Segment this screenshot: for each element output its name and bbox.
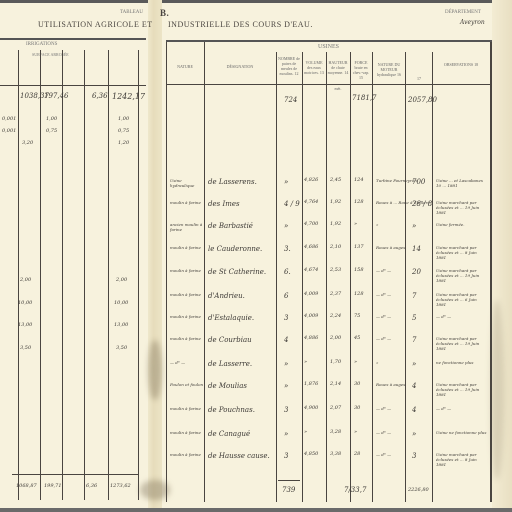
- usine-c12: 3: [284, 406, 288, 414]
- usine-nature: moulin à farine: [170, 406, 201, 411]
- usine-nature: moulin à farine: [170, 452, 201, 457]
- usine-c12: 6.: [284, 268, 291, 276]
- usine-c17: »: [412, 430, 416, 438]
- col-divider: [138, 50, 139, 500]
- usine-c14: 3,28: [330, 430, 341, 435]
- usine-c13: »: [304, 430, 307, 435]
- usine-c13: 4,850: [304, 452, 318, 457]
- usine-c17: 20: [412, 268, 421, 276]
- usine-c12: »: [284, 222, 288, 230]
- usine-obs: Usine fermée.: [436, 222, 464, 227]
- stain: [148, 340, 162, 400]
- usine-c13: 1,876: [304, 382, 318, 387]
- rule: [166, 40, 492, 42]
- usine-c14: 2,24: [330, 314, 341, 319]
- usine-c15: »: [354, 222, 357, 227]
- usine-c12: 4: [284, 336, 288, 344]
- header-right-title: INDUSTRIELLE DES COURS D'EAU.: [168, 20, 313, 29]
- usine-c16: — d° —: [376, 314, 391, 319]
- total-bottom: 1068,87: [16, 484, 37, 489]
- usine-c16: Roues à auges: [376, 382, 405, 387]
- usine-c16: — d° —: [376, 406, 391, 411]
- usine-c13: »: [304, 360, 307, 365]
- usine-designation: de St Catherine.: [208, 268, 266, 276]
- total-top: 7181,7: [352, 94, 377, 102]
- col-header-15: FORCE brute en chev.-vap. 15: [351, 60, 371, 80]
- col-divider: [490, 42, 492, 502]
- usine-c14: 2,10: [330, 245, 341, 250]
- total-bottom: 6,36: [86, 484, 97, 489]
- col-header-nature: NATURE: [168, 64, 202, 69]
- col-divider: [108, 50, 109, 500]
- header-left-small: TABLEAU: [120, 10, 143, 15]
- cell: 0,75: [118, 129, 129, 134]
- usine-c15: 28: [354, 452, 360, 457]
- usine-c16: Turbine Fourneyron: [376, 178, 417, 183]
- total-top: 6,36: [92, 92, 108, 100]
- col-divider: [372, 52, 373, 502]
- usine-designation: de Lasserens.: [208, 178, 257, 186]
- usine-c12: »: [284, 360, 288, 368]
- usine-c14: 3,38: [330, 452, 341, 457]
- cell: 3,50: [116, 346, 127, 351]
- usine-c17: »: [412, 222, 416, 230]
- usine-c12: 3: [284, 452, 288, 460]
- usine-c13: 4,886: [304, 336, 318, 341]
- usine-c12: 3.: [284, 245, 291, 253]
- scan-border-bottom: [0, 508, 512, 512]
- usine-c13: 4,009: [304, 314, 318, 319]
- usine-c13: 4,674: [304, 268, 318, 273]
- usine-c12: 3: [284, 314, 288, 322]
- cell: 2,00: [116, 278, 127, 283]
- usine-c16: — d° —: [376, 452, 391, 457]
- cell: 13,00: [114, 323, 128, 328]
- col-header-12: NOMBRE de paires de meules de moulins. 1…: [277, 56, 301, 76]
- usine-c17: »: [412, 360, 416, 368]
- rule: [0, 85, 146, 86]
- usine-obs: Usine marchant par éclusées et ... 8 Jui…: [436, 245, 488, 260]
- usine-c15: 128: [354, 200, 364, 205]
- book-gutter: [148, 0, 162, 512]
- usine-c17: 28 / 8: [412, 200, 432, 208]
- usine-obs: Usine marchant par éclusées et ... 19 Ju…: [436, 382, 488, 397]
- subheader-surface: SURFACE ARROSÉE: [32, 52, 69, 57]
- usine-obs: Usine marchant par éclusées et ... 19 Ju…: [436, 268, 488, 283]
- usine-c16: — d° —: [376, 268, 391, 273]
- col-divider: [276, 52, 277, 502]
- usine-c12: 6: [284, 292, 288, 300]
- usine-nature: moulin à farine: [170, 430, 201, 435]
- usine-obs: Usine ne fonctionne plus: [436, 430, 486, 435]
- usine-c15: 128: [354, 292, 364, 297]
- header-right-small: DÉPARTEMENT: [445, 10, 481, 15]
- col-header-13: VOLUME des eaux motrices. 13: [303, 60, 325, 75]
- col-divider: [204, 42, 205, 502]
- usine-c17: 4: [412, 382, 416, 390]
- unit: mèt.: [328, 86, 348, 91]
- usine-c14: 2,14: [330, 382, 341, 387]
- usine-c15: »: [354, 360, 357, 365]
- usine-designation: de Courbiau: [208, 336, 252, 344]
- usine-designation: le Cauderonne.: [208, 245, 262, 253]
- usine-obs: — d° —: [436, 314, 451, 319]
- total-bottom: 739: [282, 486, 295, 494]
- total-bottom: 199,71: [44, 484, 62, 489]
- cell: 0,75: [46, 129, 57, 134]
- usine-obs: Usine marchant par éclusées et ... 8 Jui…: [436, 452, 488, 467]
- usine-nature: Usine hydraulique: [170, 178, 204, 188]
- col-divider: [62, 50, 63, 500]
- header-left-title: UTILISATION AGRICOLE ET: [38, 20, 153, 29]
- total-rule: [12, 474, 138, 475]
- usine-designation: de Moulias: [208, 382, 247, 390]
- usine-c17: 14: [412, 245, 421, 253]
- usine-c14: 1,92: [330, 200, 341, 205]
- usine-c15: 30: [354, 406, 360, 411]
- stain: [490, 300, 504, 480]
- header-center-letter: B.: [160, 8, 169, 18]
- usine-c17: 7: [412, 336, 416, 344]
- usine-c15: 137: [354, 245, 364, 250]
- usine-designation: de Pouchnas.: [208, 406, 255, 414]
- col-divider: [18, 50, 19, 500]
- col-header-17: 17: [406, 76, 432, 81]
- usine-c17: 5: [412, 314, 416, 322]
- col-divider: [166, 42, 167, 502]
- usine-c17: 3: [412, 452, 416, 460]
- cell: 2,00: [20, 278, 31, 283]
- usine-designation: de Hausse cause.: [208, 452, 270, 460]
- usine-c16: — d° —: [376, 336, 391, 341]
- col-divider: [302, 52, 303, 502]
- usine-c16: — d° —: [376, 292, 391, 297]
- usine-c13: 4,686: [304, 245, 318, 250]
- col-header-14: HAUTEUR de chute moyenne. 14: [327, 60, 349, 75]
- usine-nature: moulin à farine: [170, 200, 201, 205]
- total-top: 2057,80: [408, 96, 437, 104]
- usine-c12: »: [284, 382, 288, 390]
- cell: 0,001: [2, 117, 16, 122]
- usine-nature: moulin à farine: [170, 268, 201, 273]
- usine-nature: moulin à farine: [170, 245, 201, 250]
- usine-c15: 158: [354, 268, 364, 273]
- usine-nature: moulin à farine: [170, 292, 201, 297]
- col-header-18: OBSERVATIONS 18: [434, 62, 488, 67]
- usine-c17: 7: [412, 292, 416, 300]
- cell: 1,00: [118, 117, 129, 122]
- cell: 3,20: [22, 141, 33, 146]
- col-divider: [350, 52, 351, 502]
- cell: 10,00: [18, 301, 32, 306]
- total-bottom: 1273,62: [110, 484, 131, 489]
- usine-obs: Usine marchant par éclusées et ... 19 Ju…: [436, 336, 488, 351]
- usine-c12: »: [284, 430, 288, 438]
- section-title-irrigations: IRRIGATIONS: [26, 42, 57, 47]
- rule: [0, 38, 146, 40]
- usine-designation: des Imes: [208, 200, 240, 208]
- usine-nature: — d° —: [170, 360, 185, 365]
- cell: 13,00: [18, 323, 32, 328]
- usine-obs: ne fonctionne plus: [436, 360, 473, 365]
- usine-nature: Foulon et foulon: [170, 382, 203, 387]
- cell: 0,001: [2, 129, 16, 134]
- usine-nature: ancien moulin à farine: [170, 222, 204, 232]
- usine-c16: Roues à auges: [376, 245, 405, 250]
- col-divider: [84, 50, 85, 500]
- usine-c14: 2,45: [330, 178, 341, 183]
- usine-c17: 4: [412, 406, 416, 414]
- usine-c14: 2,53: [330, 268, 341, 273]
- usine-c17: 700: [412, 178, 425, 186]
- cell: 3,50: [20, 346, 31, 351]
- usine-c12: »: [284, 178, 288, 186]
- usine-c15: »: [354, 430, 357, 435]
- col-divider: [432, 52, 433, 502]
- usine-obs: — d° —: [436, 406, 451, 411]
- usine-c16: »: [376, 360, 378, 365]
- ledger-page: TABLEAU UTILISATION AGRICOLE ET B. INDUS…: [0, 0, 512, 512]
- usine-c14: 1,92: [330, 222, 341, 227]
- col-header-16: NATURE DU MOTEUR hydraulique 16: [373, 62, 405, 77]
- usine-c13: 4,900: [304, 406, 318, 411]
- section-title-usines: USINES: [318, 44, 339, 50]
- usine-obs: Usine marchant par éclusées et ... 6 Jui…: [436, 292, 488, 307]
- usine-designation: de Canagué: [208, 430, 250, 438]
- usine-c12: 4 / 9: [284, 200, 300, 208]
- usine-c14: 2,07: [330, 406, 341, 411]
- usine-c13: 4,700: [304, 222, 318, 227]
- total-bottom: 7/33,7: [344, 486, 366, 494]
- total-bottom: 2226,80: [408, 488, 429, 493]
- col-divider: [326, 52, 327, 502]
- rule: [166, 84, 492, 85]
- usine-nature: moulin à farine: [170, 314, 201, 319]
- usine-c16: — d° —: [376, 430, 391, 435]
- usine-c16: »: [376, 222, 378, 227]
- usine-designation: d'Estalaquie.: [208, 314, 254, 322]
- usine-designation: de Lasserre.: [208, 360, 252, 368]
- usine-designation: d'Andrieu.: [208, 292, 245, 300]
- usine-c15: 45: [354, 336, 360, 341]
- cell: 1,00: [46, 117, 57, 122]
- col-divider: [405, 52, 406, 502]
- usine-c15: 75: [354, 314, 360, 319]
- usine-nature: moulin à farine: [170, 336, 201, 341]
- usine-c13: 4,764: [304, 200, 318, 205]
- total-top: 197,46: [44, 92, 69, 100]
- usine-c15: 30: [354, 382, 360, 387]
- usine-c13: 4,826: [304, 178, 318, 183]
- usine-obs: Usine marchant par éclusées et ... 19 Ju…: [436, 200, 488, 215]
- usine-c13: 4,009: [304, 292, 318, 297]
- signature: Aveyron: [460, 20, 485, 25]
- total-rule: [278, 480, 300, 481]
- col-divider: [40, 50, 41, 500]
- total-top: 1242,17: [112, 92, 145, 101]
- cell: 10,00: [114, 301, 128, 306]
- col-header-designation: DÉSIGNATION: [206, 64, 274, 69]
- usine-c15: 124: [354, 178, 364, 183]
- usine-c14: 1,70: [330, 360, 341, 365]
- usine-designation: de Barbastié: [208, 222, 253, 230]
- usine-obs: Usine ... et Lascabanes 10 ... 1881: [436, 178, 488, 188]
- scan-border-top: [0, 0, 512, 3]
- usine-c14: 2,37: [330, 292, 341, 297]
- cell: 1,20: [118, 141, 129, 146]
- usine-c14: 2,00: [330, 336, 341, 341]
- total-top: 724: [284, 96, 297, 104]
